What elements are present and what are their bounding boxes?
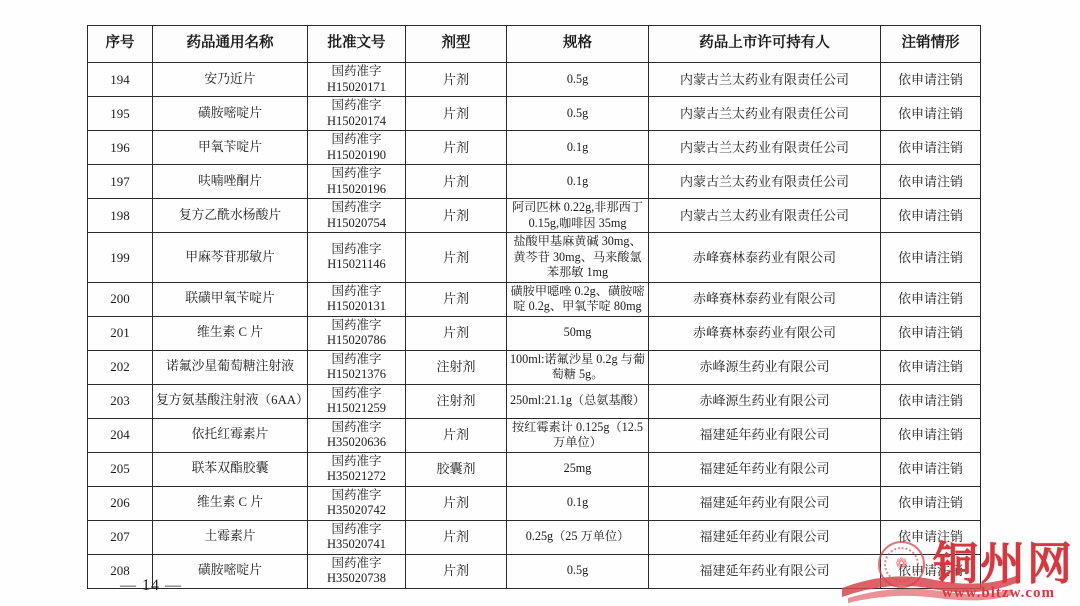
cell-license-holder: 赤峰赛林泰药业有限公司 [649,282,881,316]
cell-license-holder: 内蒙古兰太药业有限责任公司 [649,63,881,97]
table-row: 205联苯双酯胶囊国药准字 H35021272胶囊剂25mg福建延年药业有限公司… [88,452,981,486]
cell-license-holder: 内蒙古兰太药业有限责任公司 [649,199,881,233]
cell-drug-name: 依托红霉素片 [153,418,308,452]
cell-drug-name: 复方乙酰水杨酸片 [153,199,308,233]
cell-serial-number: 200 [88,282,153,316]
cell-approval-number: 国药准字 H15021146 [308,233,406,283]
cell-specification: 0.25g（25 万单位） [507,520,649,554]
drug-cancellation-table: 序号药品通用名称批准文号剂型规格药品上市许可持有人注销情形 194安乃近片国药准… [87,25,981,589]
cell-cancellation-status: 依申请注销 [881,486,981,520]
cell-license-holder: 赤峰赛林泰药业有限公司 [649,233,881,283]
cell-cancellation-status: 依申请注销 [881,199,981,233]
cell-drug-name: 磺胺嘧啶片 [153,97,308,131]
column-header: 批准文号 [308,26,406,63]
cell-serial-number: 206 [88,486,153,520]
cell-drug-name: 呋喃唑酮片 [153,165,308,199]
cell-drug-name: 诺氟沙星葡萄糖注射液 [153,350,308,384]
cell-specification: 盐酸甲基麻黄碱 30mg、黄芩苷 30mg、马来酸氯苯那敏 1mg [507,233,649,283]
cell-approval-number: 国药准字 H15020171 [308,63,406,97]
cell-license-holder: 福建延年药业有限公司 [649,418,881,452]
cell-approval-number: 国药准字 H35020636 [308,418,406,452]
cell-cancellation-status: 依申请注销 [881,165,981,199]
table-row: 199甲麻芩苷那敏片国药准字 H15021146片剂盐酸甲基麻黄碱 30mg、黄… [88,233,981,283]
cell-approval-number: 国药准字 H15021376 [308,350,406,384]
cell-serial-number: 198 [88,199,153,233]
cell-serial-number: 207 [88,520,153,554]
cell-dosage-form: 片剂 [406,131,507,165]
cell-serial-number: 202 [88,350,153,384]
table-row: 194安乃近片国药准字 H15020171片剂0.5g内蒙古兰太药业有限责任公司… [88,63,981,97]
cell-approval-number: 国药准字 H15020131 [308,282,406,316]
column-header: 注销情形 [881,26,981,63]
cell-dosage-form: 胶囊剂 [406,452,507,486]
cell-serial-number: 203 [88,384,153,418]
cell-specification: 250ml:21.1g（总氨基酸） [507,384,649,418]
cell-dosage-form: 片剂 [406,520,507,554]
table-header-row: 序号药品通用名称批准文号剂型规格药品上市许可持有人注销情形 [88,26,981,63]
cell-cancellation-status: 依申请注销 [881,384,981,418]
cell-approval-number: 国药准字 H15020190 [308,131,406,165]
cell-drug-name: 维生素 C 片 [153,486,308,520]
document-page: 序号药品通用名称批准文号剂型规格药品上市许可持有人注销情形 194安乃近片国药准… [0,0,1080,606]
cell-approval-number: 国药准字 H35020742 [308,486,406,520]
cell-specification: 0.1g [507,131,649,165]
cell-cancellation-status: 依申请注销 [881,233,981,283]
table-row: 198复方乙酰水杨酸片国药准字 H15020754片剂阿司匹林 0.22g,非那… [88,199,981,233]
cell-license-holder: 赤峰源生药业有限公司 [649,384,881,418]
column-header: 规格 [507,26,649,63]
cell-dosage-form: 片剂 [406,63,507,97]
cell-license-holder: 内蒙古兰太药业有限责任公司 [649,97,881,131]
cell-license-holder: 内蒙古兰太药业有限责任公司 [649,165,881,199]
cell-license-holder: 内蒙古兰太药业有限责任公司 [649,131,881,165]
cell-drug-name: 安乃近片 [153,63,308,97]
column-header: 序号 [88,26,153,63]
watermark-site-url: www.bltzw.com [942,585,1055,602]
table-row: 196甲氧苄啶片国药准字 H15020190片剂0.1g内蒙古兰太药业有限责任公… [88,131,981,165]
cell-drug-name: 复方氨基酸注射液（6AA） [153,384,308,418]
cell-approval-number: 国药准字 H15021259 [308,384,406,418]
cell-cancellation-status: 依申请注销 [881,131,981,165]
cell-serial-number: 194 [88,63,153,97]
cell-specification: 0.5g [507,63,649,97]
page-number: — 14 — [120,577,182,595]
watermark-site-name: 铜州网 [933,542,1074,587]
cell-approval-number: 国药准字 H15020754 [308,199,406,233]
cell-serial-number: 195 [88,97,153,131]
cell-specification: 0.1g [507,486,649,520]
table-row: 197呋喃唑酮片国药准字 H15020196片剂0.1g内蒙古兰太药业有限责任公… [88,165,981,199]
cell-dosage-form: 片剂 [406,165,507,199]
table-row: 201维生素 C 片国药准字 H15020786片剂50mg赤峰赛林泰药业有限公… [88,316,981,350]
cell-approval-number: 国药准字 H15020174 [308,97,406,131]
cell-cancellation-status: 依申请注销 [881,97,981,131]
cell-approval-number: 国药准字 H35021272 [308,452,406,486]
cell-drug-name: 甲麻芩苷那敏片 [153,233,308,283]
table-row: 206维生素 C 片国药准字 H35020742片剂0.1g福建延年药业有限公司… [88,486,981,520]
cell-specification: 磺胺甲噁唑 0.2g、磺胺嘧啶 0.2g、甲氧苄啶 80mg [507,282,649,316]
cell-drug-name: 维生素 C 片 [153,316,308,350]
cell-dosage-form: 注射剂 [406,350,507,384]
column-header: 药品通用名称 [153,26,308,63]
table-row: 203复方氨基酸注射液（6AA）国药准字 H15021259注射剂250ml:2… [88,384,981,418]
cell-specification: 50mg [507,316,649,350]
cell-license-holder: 福建延年药业有限公司 [649,452,881,486]
cell-dosage-form: 片剂 [406,282,507,316]
cell-license-holder: 福建延年药业有限公司 [649,486,881,520]
cell-drug-name: 甲氧苄啶片 [153,131,308,165]
table-row: 200联磺甲氧苄啶片国药准字 H15020131片剂磺胺甲噁唑 0.2g、磺胺嘧… [88,282,981,316]
cell-specification: 100ml:诺氟沙星 0.2g 与葡萄糖 5g。 [507,350,649,384]
cell-dosage-form: 注射剂 [406,384,507,418]
cell-approval-number: 国药准字 H35020738 [308,554,406,588]
cell-dosage-form: 片剂 [406,233,507,283]
cell-serial-number: 199 [88,233,153,283]
column-header: 药品上市许可持有人 [649,26,881,63]
cell-drug-name: 联磺甲氧苄啶片 [153,282,308,316]
cell-serial-number: 204 [88,418,153,452]
cell-serial-number: 201 [88,316,153,350]
cell-dosage-form: 片剂 [406,316,507,350]
cell-dosage-form: 片剂 [406,97,507,131]
cell-cancellation-status: 依申请注销 [881,63,981,97]
cell-drug-name: 土霉素片 [153,520,308,554]
cell-dosage-form: 片剂 [406,418,507,452]
cell-cancellation-status: 依申请注销 [881,282,981,316]
cell-approval-number: 国药准字 H15020786 [308,316,406,350]
site-watermark: 铜州网 www.bltzw.com [840,528,1080,606]
cell-approval-number: 国药准字 H15020196 [308,165,406,199]
cell-cancellation-status: 依申请注销 [881,350,981,384]
cell-cancellation-status: 依申请注销 [881,452,981,486]
cell-specification: 按红霉素计 0.125g（12.5 万单位） [507,418,649,452]
column-header: 剂型 [406,26,507,63]
cell-serial-number: 197 [88,165,153,199]
cell-cancellation-status: 依申请注销 [881,418,981,452]
cell-specification: 0.5g [507,554,649,588]
cell-specification: 0.5g [507,97,649,131]
cell-dosage-form: 片剂 [406,199,507,233]
cell-serial-number: 196 [88,131,153,165]
cell-cancellation-status: 依申请注销 [881,316,981,350]
cell-dosage-form: 片剂 [406,554,507,588]
cell-serial-number: 205 [88,452,153,486]
cell-specification: 25mg [507,452,649,486]
cell-license-holder: 赤峰赛林泰药业有限公司 [649,316,881,350]
cell-license-holder: 赤峰源生药业有限公司 [649,350,881,384]
table-row: 204依托红霉素片国药准字 H35020636片剂按红霉素计 0.125g（12… [88,418,981,452]
cell-approval-number: 国药准字 H35020741 [308,520,406,554]
red-seal-icon [878,541,925,588]
table-row: 195磺胺嘧啶片国药准字 H15020174片剂0.5g内蒙古兰太药业有限责任公… [88,97,981,131]
cell-specification: 0.1g [507,165,649,199]
cell-specification: 阿司匹林 0.22g,非那西丁 0.15g,咖啡因 35mg [507,199,649,233]
table-row: 202诺氟沙星葡萄糖注射液国药准字 H15021376注射剂100ml:诺氟沙星… [88,350,981,384]
cell-dosage-form: 片剂 [406,486,507,520]
table-body: 194安乃近片国药准字 H15020171片剂0.5g内蒙古兰太药业有限责任公司… [88,63,981,589]
cell-drug-name: 联苯双酯胶囊 [153,452,308,486]
